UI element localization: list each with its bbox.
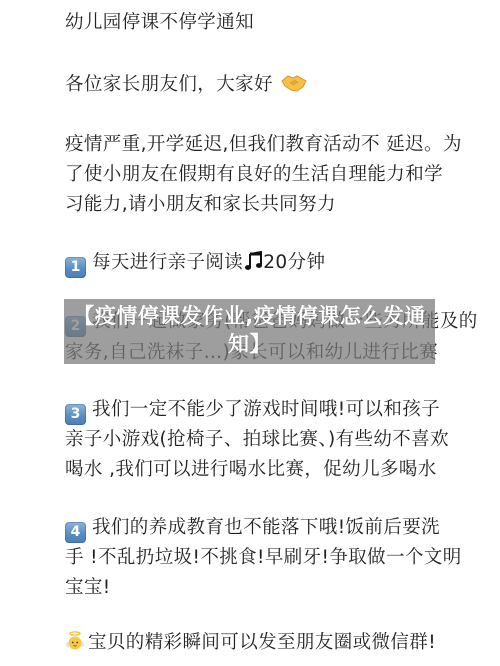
item-1-duration: 20分钟 — [263, 252, 325, 273]
item-1: 1每天进行亲子阅读 20分钟 — [65, 251, 325, 278]
item-3-line-1: 我们一定不能少了游戏时间哦!可以和孩子 — [92, 399, 440, 420]
item-3-line-2: 亲子小游戏(抢椅子、拍球比赛、)有些幼不喜欢 — [65, 428, 449, 452]
keycap-1-icon: 1 — [65, 257, 86, 278]
item-3: 3我们一定不能少了游戏时间哦!可以和孩子 — [65, 398, 440, 425]
intro-line-1: 疫情严重,开学延迟,但我们教育活动不 延迟。为 — [65, 133, 462, 157]
intro-line-2: 了使小朋友在假期有良好的生活自理能力和学 — [65, 163, 443, 187]
musical-notes-icon — [245, 251, 263, 278]
item-4-line-1: 我们的养成教育也不能落下哦!饭前后要洗 — [92, 517, 440, 538]
item-4: 4我们的养成教育也不能落下哦!饭前后要洗 — [65, 516, 440, 543]
closing-text: 宝贝的精彩瞬间可以发至朋友圈或微信群! — [88, 632, 436, 653]
keycap-4-icon: 4 — [65, 522, 86, 543]
item-3-line-3: 喝水 ,我们可以进行喝水比赛，促幼儿多喝水 — [65, 458, 437, 482]
keycap-3-icon: 3 — [65, 404, 86, 425]
handshake-icon — [281, 73, 307, 100]
notice-title: 幼儿园停课不停学通知 — [65, 11, 254, 35]
intro-line-3: 习能力,请小朋友和家长共同努力 — [65, 193, 336, 217]
caption-overlay-title: 【疫情停课发作业,疫情停课怎么发通知】 — [64, 302, 435, 358]
greeting-text: 各位家长朋友们，大家好 — [65, 74, 273, 95]
closing-line: 宝贝的精彩瞬间可以发至朋友圈或微信群! — [65, 631, 436, 658]
greeting-line: 各位家长朋友们，大家好 — [65, 73, 307, 100]
item-1-text: 每天进行亲子阅读 — [92, 252, 243, 273]
baby-angel-icon — [65, 631, 85, 658]
item-4-line-3: 宝宝! — [65, 576, 111, 600]
item-4-line-2: 手 !不乱扔垃圾!不挑食!早刷牙!争取做一个文明 — [65, 546, 462, 570]
